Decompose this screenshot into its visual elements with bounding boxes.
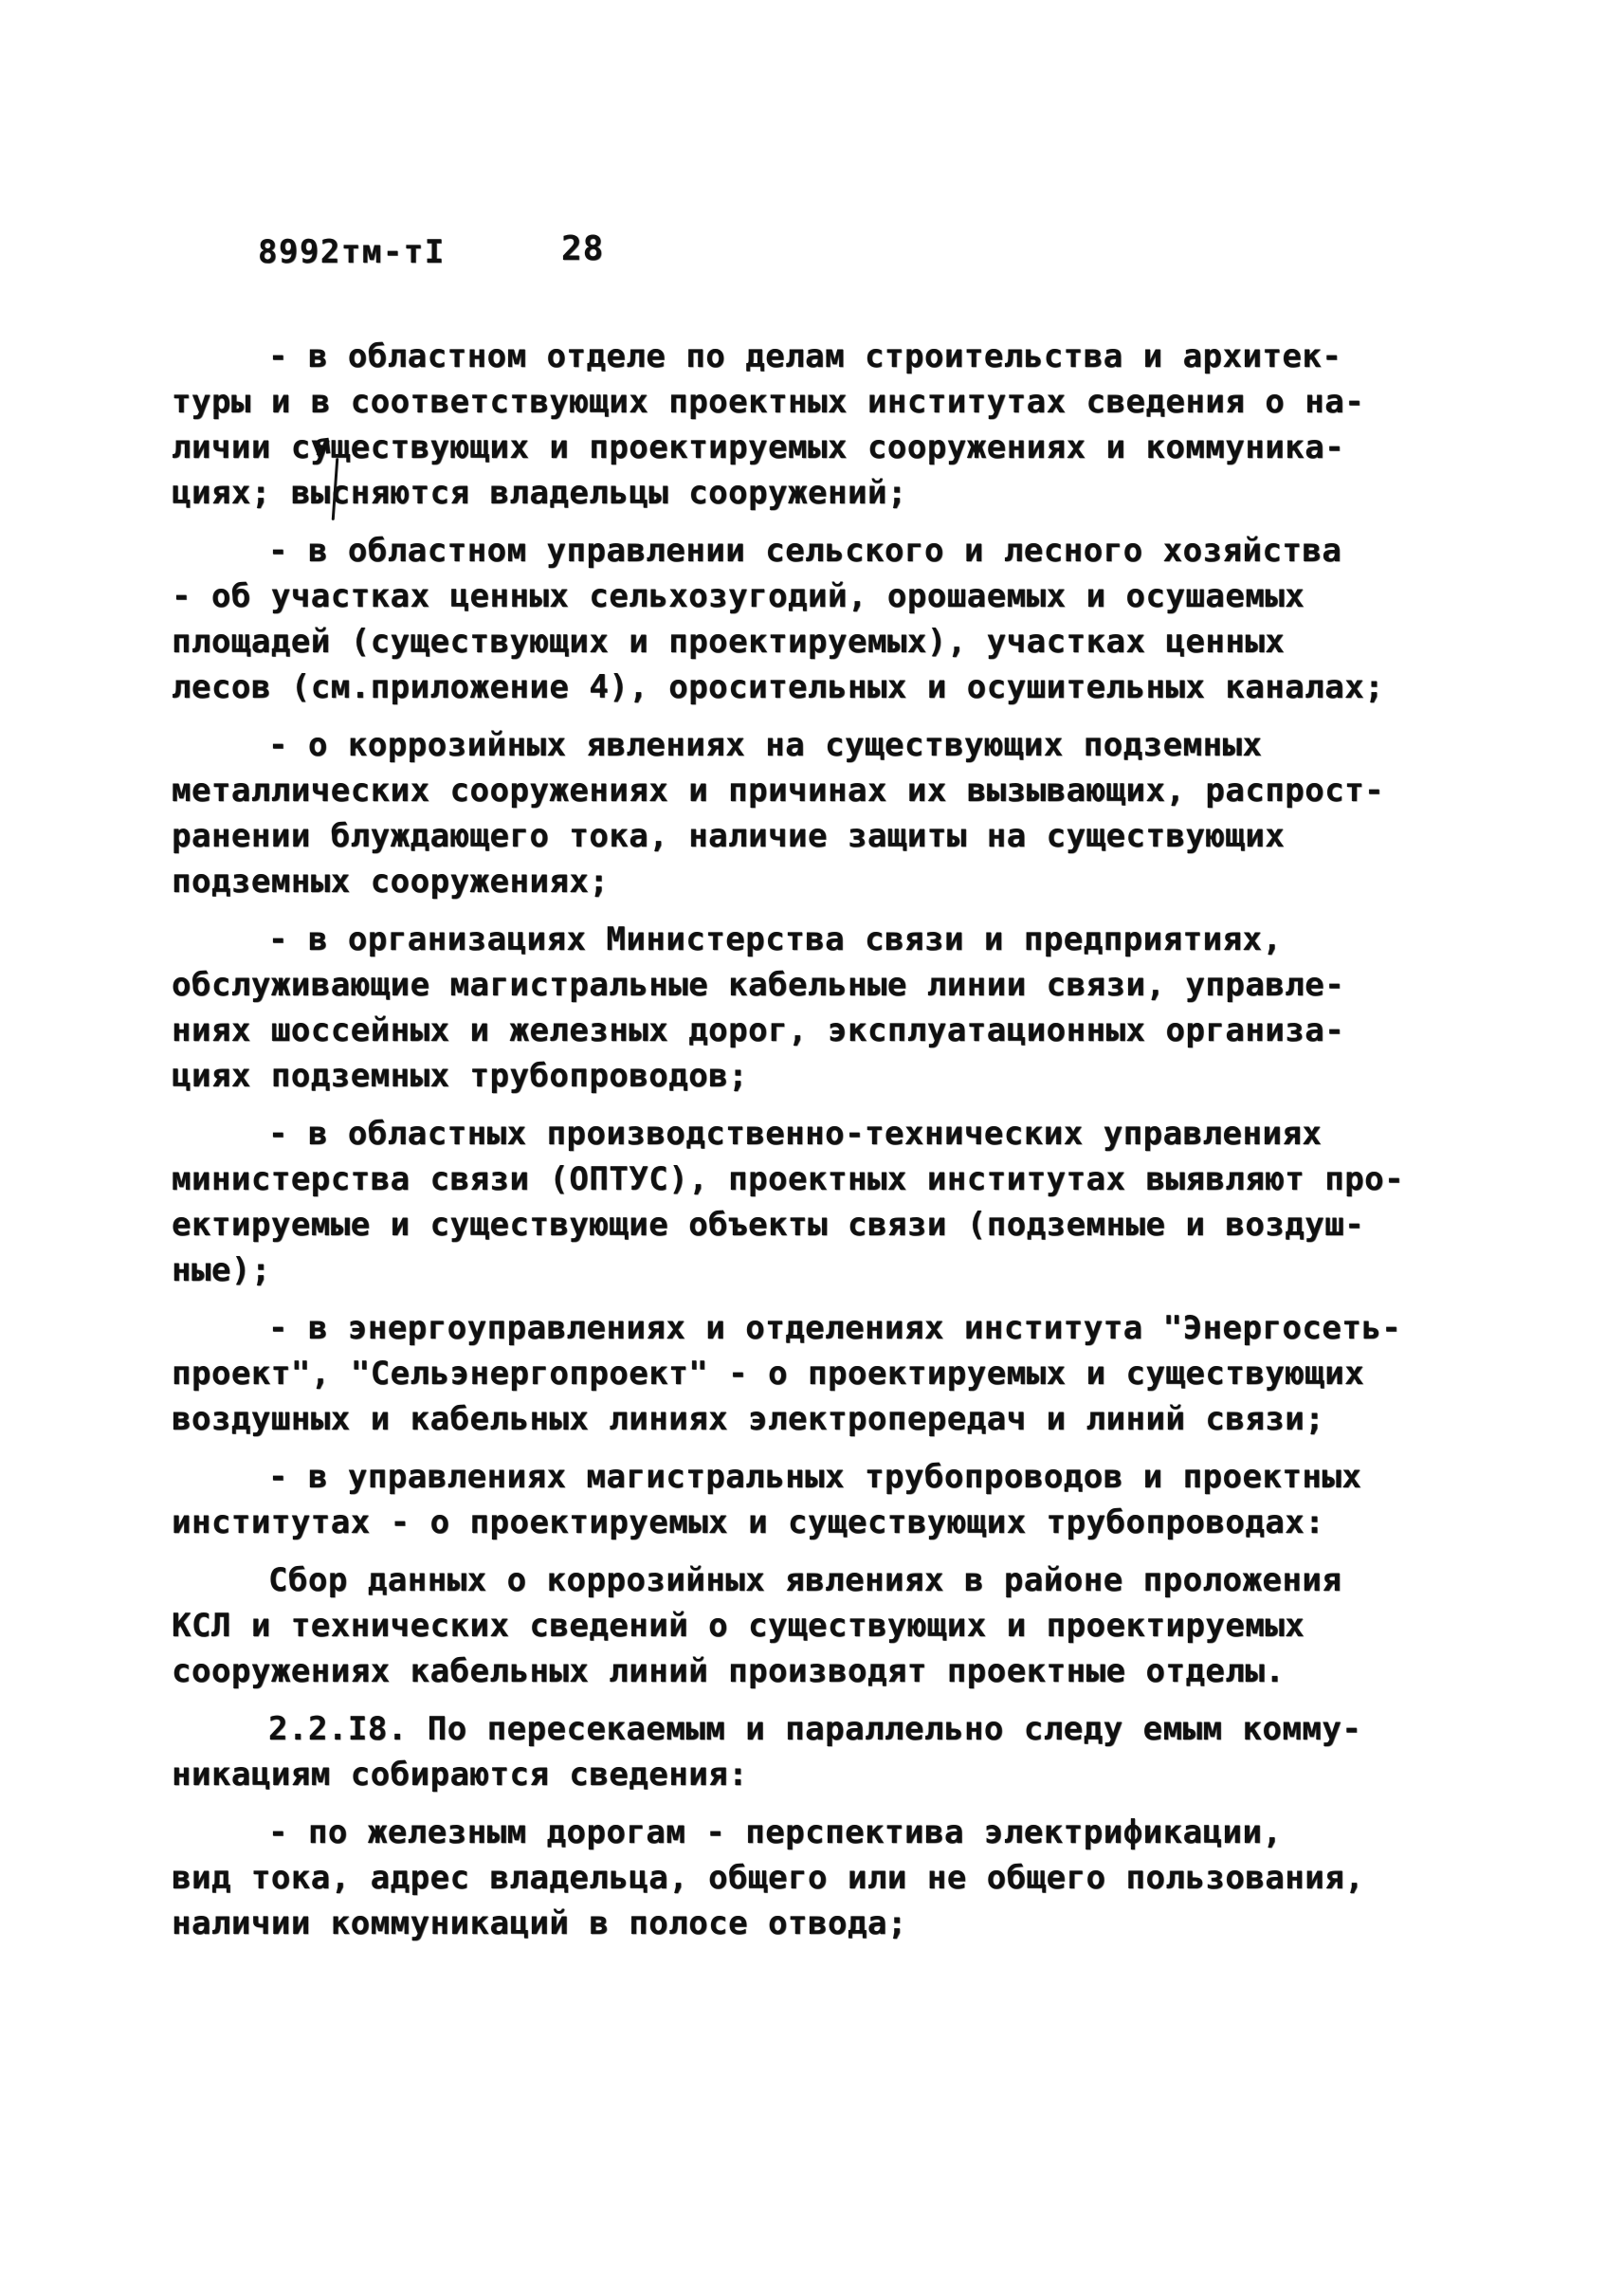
text-line: институтах - о проектируемых и существую… (172, 1500, 1414, 1545)
text-line: - в областном отделе по делам строительс… (172, 334, 1414, 379)
text-line: - в областном управлении сельского и лес… (172, 528, 1414, 574)
text-line: ранении блуждающего тока, наличие защиты… (172, 813, 1414, 859)
text-line: 2.2.I8. По пересекаемым и параллельно сл… (172, 1706, 1414, 1752)
text-line: сооружениях кабельных линий производят п… (172, 1648, 1414, 1694)
text-line: - в областных производственно-технически… (172, 1111, 1414, 1157)
text-line: воздушных и кабельных линиях электропере… (172, 1396, 1414, 1442)
page-number: 28 (561, 229, 604, 268)
text-line: министерства связи (ОПТУС), проектных ин… (172, 1157, 1414, 1202)
text-line: наличии коммуникаций в полосе отвода; (172, 1901, 1414, 1946)
text-line: площадей (существующих и проектируемых),… (172, 619, 1414, 665)
text-line: - по железным дорогам - перспектива элек… (172, 1810, 1414, 1855)
text-line: лесов (см.приложение 4), оросительных и … (172, 665, 1414, 710)
text-line: - в энергоуправлениях и отделениях инсти… (172, 1305, 1414, 1351)
text-line: - в организациях Министерства связи и пр… (172, 917, 1414, 962)
paragraph-regional-construction-dept: - в областном отделе по делам строительс… (172, 334, 1414, 516)
text-line: обслуживающие магистральные кабельные ли… (172, 962, 1414, 1008)
text-line: ектируемые и существующие объекты связи … (172, 1202, 1414, 1248)
text-line: вид тока, адрес владельца, общего или не… (172, 1855, 1414, 1901)
paragraph-ministry-of-communications: - в организациях Министерства связи и пр… (172, 917, 1414, 1099)
paragraph-railways-info: - по железным дорогам - перспектива элек… (172, 1810, 1414, 1946)
text-line: ниях шоссейных и железных дорог, эксплуа… (172, 1008, 1414, 1053)
document-body: - в областном отделе по делам строительс… (172, 334, 1414, 1958)
text-line: - о коррозийных явлениях на существующих… (172, 722, 1414, 768)
text-line: циях; высняются владельцы сооружений; (172, 470, 1414, 516)
paragraph-agriculture-forestry-dept: - в областном управлении сельского и лес… (172, 528, 1414, 710)
text-line: - в управлениях магистральных трубопрово… (172, 1454, 1414, 1500)
text-line: КСЛ и технических сведений о существующи… (172, 1603, 1414, 1648)
text-line: ные); (172, 1248, 1414, 1293)
text-line: Сбор данных о коррозийных явлениях в рай… (172, 1557, 1414, 1603)
text-line: подземных сооружениях; (172, 859, 1414, 904)
text-line: металлических сооружениях и причинах их … (172, 768, 1414, 813)
text-line: циях подземных трубопроводов; (172, 1053, 1414, 1099)
text-line: никациям собираются сведения: (172, 1752, 1414, 1797)
paragraph-section-2-2-18: 2.2.I8. По пересекаемым и параллельно сл… (172, 1706, 1414, 1797)
paragraph-optus-departments: - в областных производственно-технически… (172, 1111, 1414, 1293)
text-line: проект", "Сельэнергопроект" - о проектир… (172, 1351, 1414, 1396)
paragraph-energy-departments: - в энергоуправлениях и отделениях инсти… (172, 1305, 1414, 1442)
document-page: 8992тм-тI 28 - в областном отделе по дел… (0, 0, 1624, 2295)
paragraph-pipeline-departments: - в управлениях магистральных трубопрово… (172, 1454, 1414, 1545)
text-line: личии существующих и проектируемых соору… (172, 425, 1414, 470)
text-line: - об участках ценных сельхозугодий, орош… (172, 574, 1414, 619)
text-line: туры и в соответствующих проектных инсти… (172, 379, 1414, 425)
paragraph-corrosion-phenomena: - о коррозийных явлениях на существующих… (172, 722, 1414, 904)
document-number: 8992тм-тI (258, 233, 446, 271)
paragraph-data-collection: Сбор данных о коррозийных явлениях в рай… (172, 1557, 1414, 1694)
